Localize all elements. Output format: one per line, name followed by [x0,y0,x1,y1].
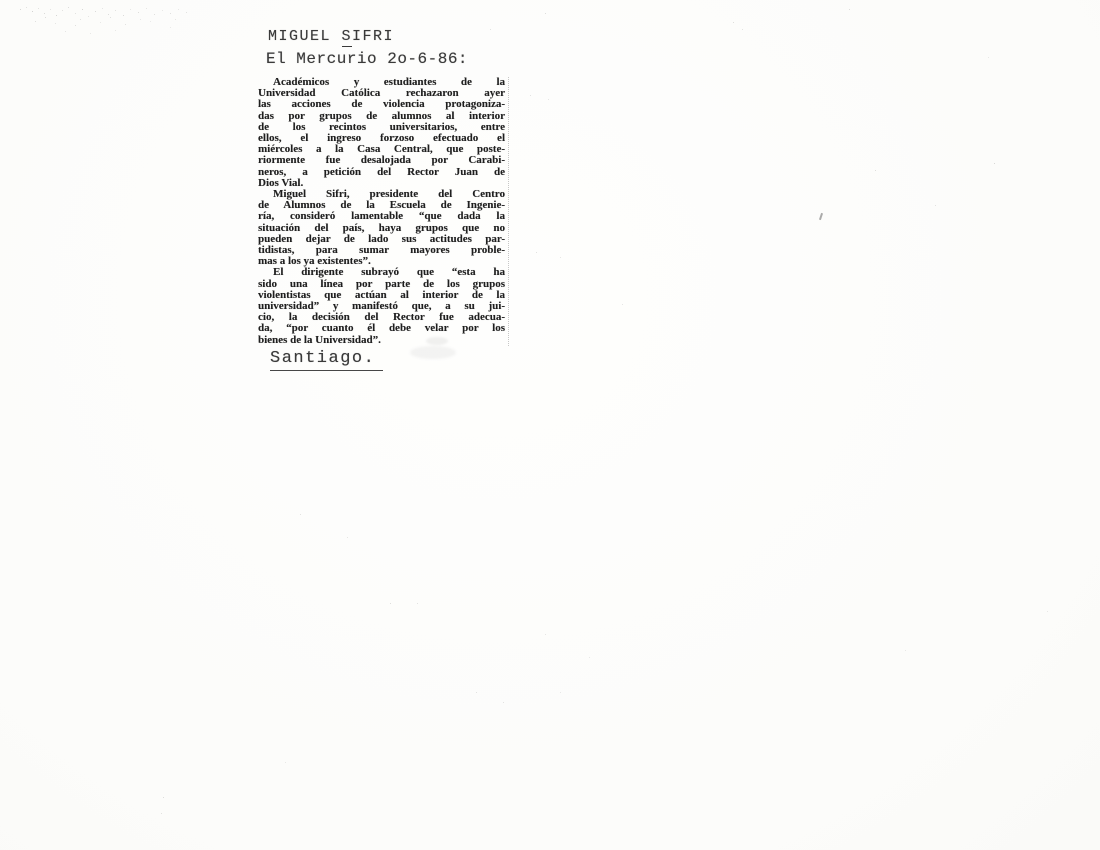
article-line: El dirigente subrayó que “esta ha [258,267,505,278]
kicker-underlined-letter: S [342,28,353,47]
clipping-footer-location: Santiago. [270,349,383,371]
article-line: las acciones de violencia protagoniza- [258,99,505,110]
scanned-document-page: MIGUEL SIFRI El Mercurio 2o-6-86: Académ… [0,0,1100,850]
article-line: riormente fue desalojada por Carabi- [258,155,505,166]
kicker-text-part2: IFRI [352,28,394,45]
scan-noise-specks [0,0,1,1]
scan-smudge [426,337,448,345]
scan-smudge [410,346,456,359]
scan-slash-artifact [819,213,823,220]
kicker-text-part1: MIGUEL [268,28,342,45]
clipping-source-line: El Mercurio 2o-6-86: [266,50,468,68]
article-line: bienes de la Universidad”. [258,335,505,346]
clipping-kicker: MIGUEL SIFRI [268,28,394,45]
article-line: da, “por cuanto él debe velar por los [258,323,505,334]
scan-noise-cluster [20,7,21,8]
article-line: ría, consideró lamentable “que dada la [258,211,505,222]
article-column: Académicos y estudiantes de la Universid… [258,77,509,346]
